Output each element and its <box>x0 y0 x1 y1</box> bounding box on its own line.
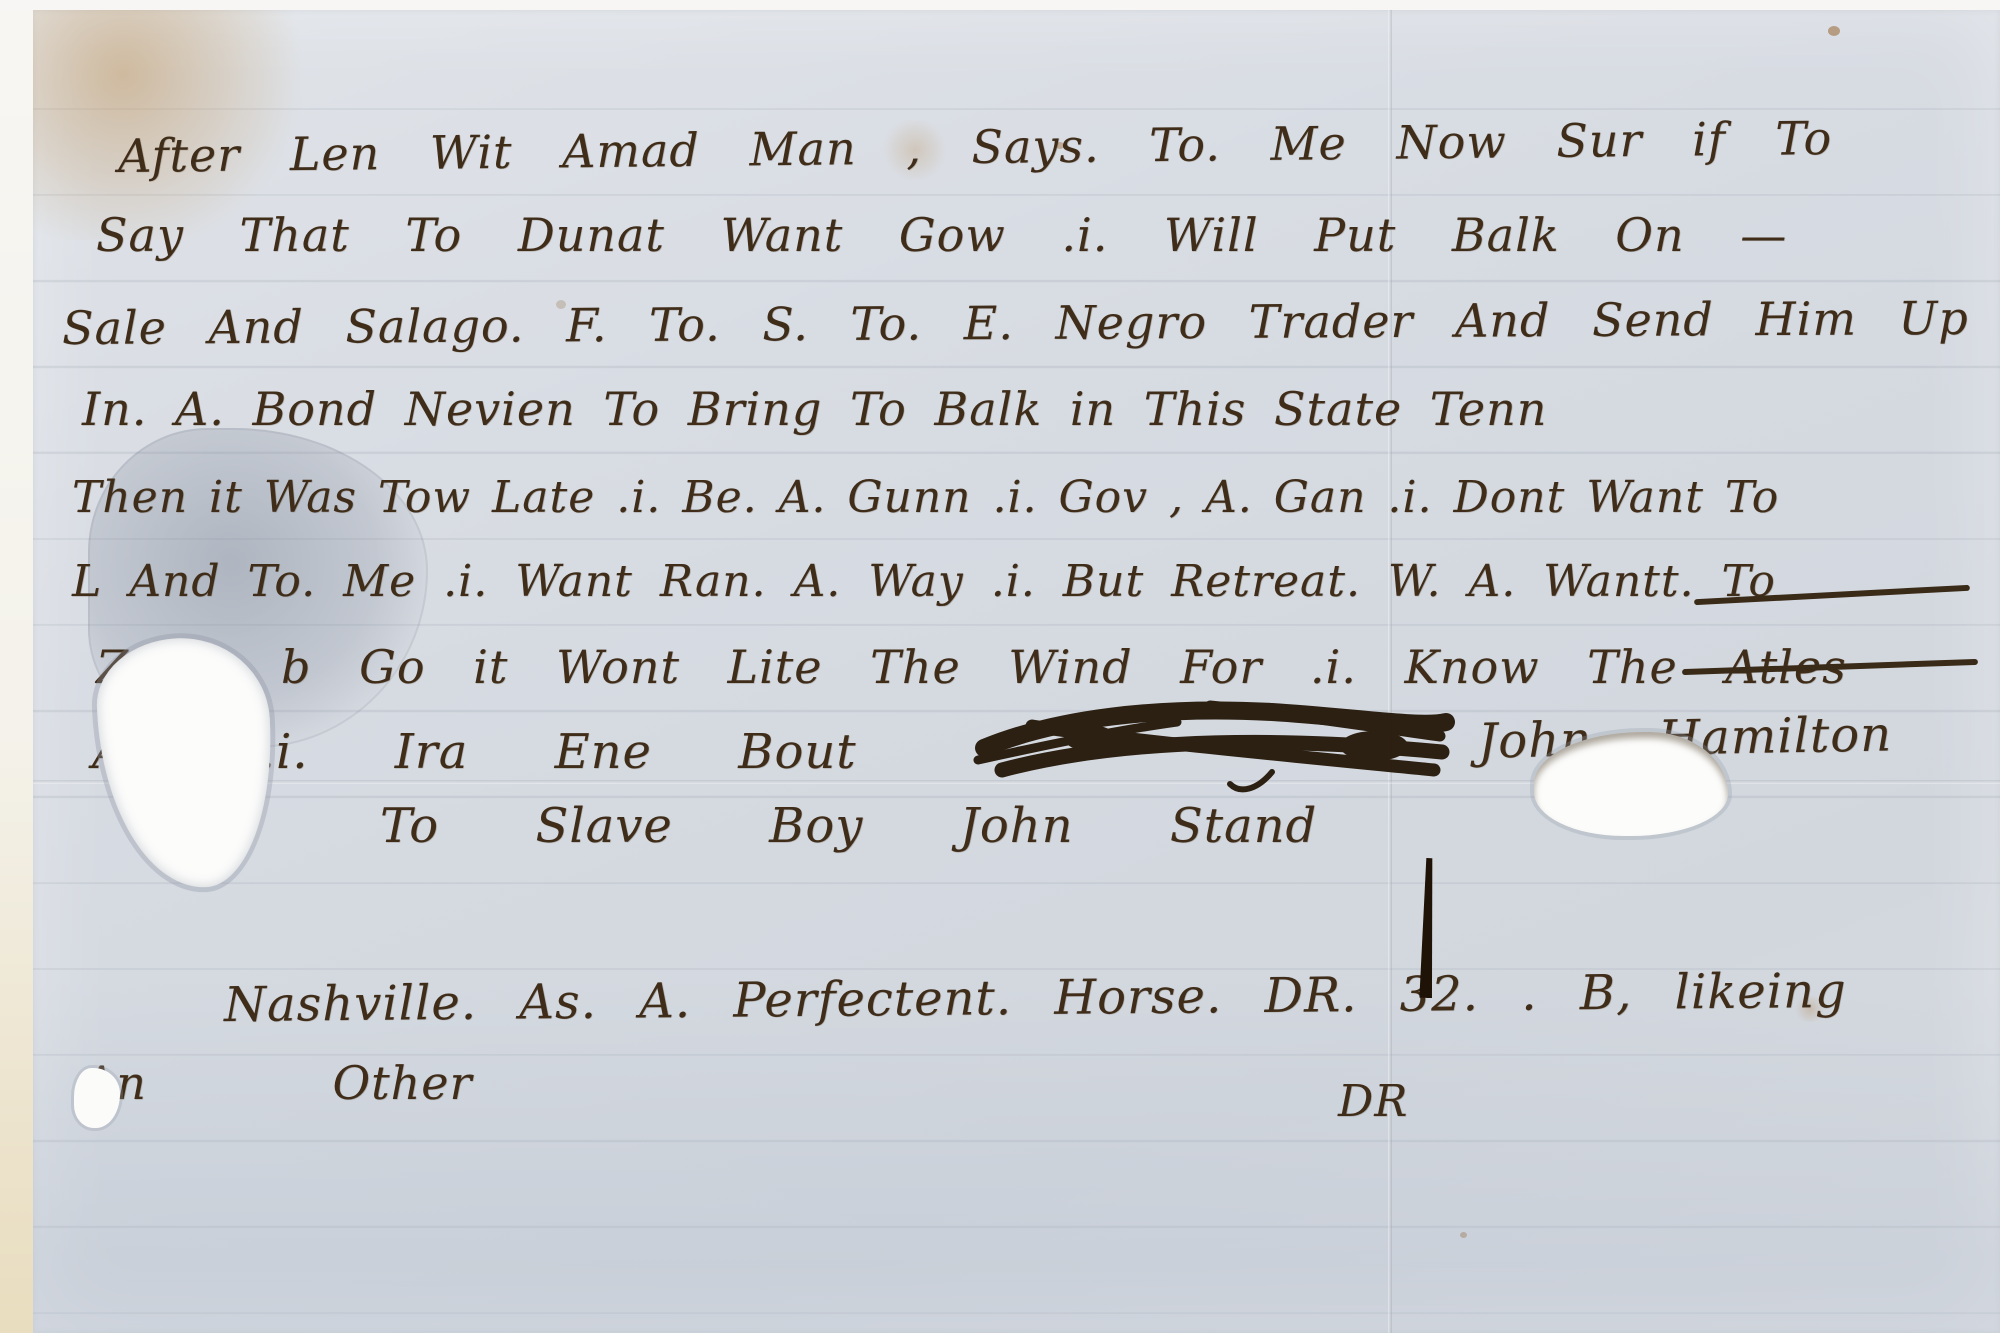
handwriting-line-6: L And To. Me .i. Want Ran. A. Way .i. Bu… <box>72 556 1776 607</box>
handwriting-line-9: To Slave Boy John Stand <box>380 798 1317 854</box>
paper-speck <box>1460 1232 1467 1238</box>
scribble-strokes <box>972 676 1458 798</box>
paper-speck <box>1828 26 1840 36</box>
handwriting-dr-notation: DR <box>1338 1076 1408 1127</box>
foxing-stain-top-left <box>33 10 333 240</box>
scan-backdrop-left <box>0 0 34 1333</box>
ink-scribble-crossout <box>972 676 1458 798</box>
handwriting-line-5: Then it Was Tow Late .i. Be. A. Gunn .i.… <box>72 472 1779 523</box>
paper-shading <box>33 980 2000 1333</box>
handwriting-line-3: Sale And Salago. F. To. S. To. E. Negro … <box>62 291 1969 355</box>
handwriting-footer-left: An Other <box>82 1056 473 1110</box>
torn-hole-right <box>1534 732 1728 836</box>
handwriting-line-2: Say That To Dunat Want Gow .i. Will Put … <box>96 208 1787 262</box>
handwriting-line-4: In. A. Bond Nevien To Bring To Balk in T… <box>82 382 1547 436</box>
photographed-letter-page: After Len Wit Amad Man , Says. To. Me No… <box>0 0 2000 1333</box>
